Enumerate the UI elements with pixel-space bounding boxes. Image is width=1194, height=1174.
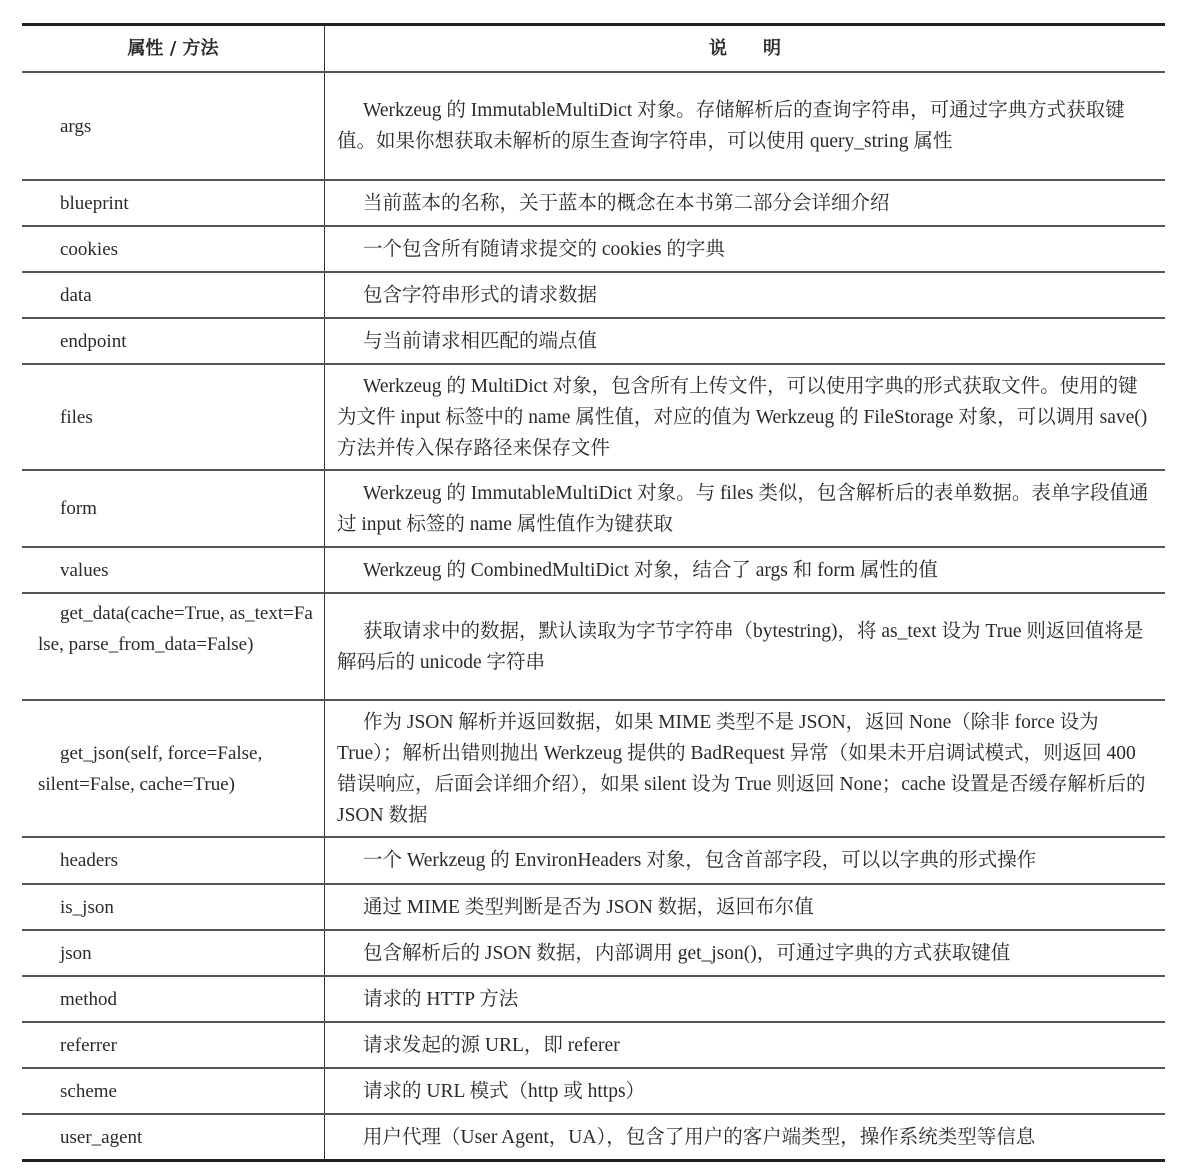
attr-name: json bbox=[22, 931, 325, 975]
attr-description: 用户代理（User Agent，UA），包含了用户的客户端类型，操作系统类型等信… bbox=[325, 1115, 1165, 1159]
attr-name: blueprint bbox=[22, 181, 325, 225]
attr-name: get_json(self, force=False, silent=False… bbox=[22, 701, 325, 836]
attr-name: form bbox=[22, 471, 325, 546]
attr-description: 一个 Werkzeug 的 EnvironHeaders 对象，包含首部字段，可… bbox=[325, 838, 1165, 883]
table-row: method 请求的 HTTP 方法 bbox=[22, 975, 1165, 1021]
table-row: cookies 一个包含所有随请求提交的 cookies 的字典 bbox=[22, 225, 1165, 271]
attr-description: Werkzeug 的 MultiDict 对象，包含所有上传文件，可以使用字典的… bbox=[325, 365, 1165, 469]
attr-description: 作为 JSON 解析并返回数据，如果 MIME 类型不是 JSON，返回 Non… bbox=[325, 701, 1165, 836]
table-row: json 包含解析后的 JSON 数据，内部调用 get_json()，可通过字… bbox=[22, 929, 1165, 975]
table-row: blueprint 当前蓝本的名称，关于蓝本的概念在本书第二部分会详细介绍 bbox=[22, 179, 1165, 225]
table-row: form Werkzeug 的 ImmutableMultiDict 对象。与 … bbox=[22, 469, 1165, 546]
header-attr-method: 属性 / 方法 bbox=[22, 26, 325, 71]
table-row: data 包含字符串形式的请求数据 bbox=[22, 271, 1165, 317]
table-row: endpoint 与当前请求相匹配的端点值 bbox=[22, 317, 1165, 363]
attr-description: 包含字符串形式的请求数据 bbox=[325, 273, 1165, 317]
table-row: get_data(cache=True, as_text=False, pars… bbox=[22, 592, 1165, 699]
attr-description: Werkzeug 的 CombinedMultiDict 对象，结合了 args… bbox=[325, 548, 1165, 592]
table-row: is_json 通过 MIME 类型判断是否为 JSON 数据，返回布尔值 bbox=[22, 883, 1165, 929]
attr-name: referrer bbox=[22, 1023, 325, 1067]
attr-description: 请求的 URL 模式（http 或 https） bbox=[325, 1069, 1165, 1113]
attr-name: endpoint bbox=[22, 319, 325, 363]
attr-description: 获取请求中的数据，默认读取为字节字符串（bytestring)，将 as_tex… bbox=[325, 594, 1165, 699]
table-row: user_agent 用户代理（User Agent，UA），包含了用户的客户端… bbox=[22, 1113, 1165, 1159]
attr-description: 请求的 HTTP 方法 bbox=[325, 977, 1165, 1021]
attr-description: Werkzeug 的 ImmutableMultiDict 对象。存储解析后的查… bbox=[325, 73, 1165, 179]
attr-description: 当前蓝本的名称，关于蓝本的概念在本书第二部分会详细介绍 bbox=[325, 181, 1165, 225]
attr-name: args bbox=[22, 73, 325, 179]
request-attributes-table: 属性 / 方法 说明 args Werkzeug 的 ImmutableMult… bbox=[22, 23, 1165, 1162]
table-row: referrer 请求发起的源 URL，即 referer bbox=[22, 1021, 1165, 1067]
attr-name: files bbox=[22, 365, 325, 469]
attr-name: values bbox=[22, 548, 325, 592]
attr-name: method bbox=[22, 977, 325, 1021]
attr-description: 通过 MIME 类型判断是否为 JSON 数据，返回布尔值 bbox=[325, 885, 1165, 929]
attr-description: 一个包含所有随请求提交的 cookies 的字典 bbox=[325, 227, 1165, 271]
attr-description: 请求发起的源 URL，即 referer bbox=[325, 1023, 1165, 1067]
table-row: values Werkzeug 的 CombinedMultiDict 对象，结… bbox=[22, 546, 1165, 592]
table-row: get_json(self, force=False, silent=False… bbox=[22, 699, 1165, 836]
attr-name: data bbox=[22, 273, 325, 317]
table-row: headers 一个 Werkzeug 的 EnvironHeaders 对象，… bbox=[22, 836, 1165, 883]
header-description: 说明 bbox=[325, 26, 1165, 71]
attr-description: 包含解析后的 JSON 数据，内部调用 get_json()，可通过字典的方式获… bbox=[325, 931, 1165, 975]
attr-name: get_data(cache=True, as_text=False, pars… bbox=[22, 594, 325, 699]
attr-name: scheme bbox=[22, 1069, 325, 1113]
attr-name: headers bbox=[22, 838, 325, 883]
table-row: files Werkzeug 的 MultiDict 对象，包含所有上传文件，可… bbox=[22, 363, 1165, 469]
table-row: scheme 请求的 URL 模式（http 或 https） bbox=[22, 1067, 1165, 1113]
attr-description: Werkzeug 的 ImmutableMultiDict 对象。与 files… bbox=[325, 471, 1165, 546]
table-header-row: 属性 / 方法 说明 bbox=[22, 26, 1165, 71]
attr-name: user_agent bbox=[22, 1115, 325, 1159]
table-row: args Werkzeug 的 ImmutableMultiDict 对象。存储… bbox=[22, 71, 1165, 179]
attr-name: is_json bbox=[22, 885, 325, 929]
attr-description: 与当前请求相匹配的端点值 bbox=[325, 319, 1165, 363]
attr-name: cookies bbox=[22, 227, 325, 271]
